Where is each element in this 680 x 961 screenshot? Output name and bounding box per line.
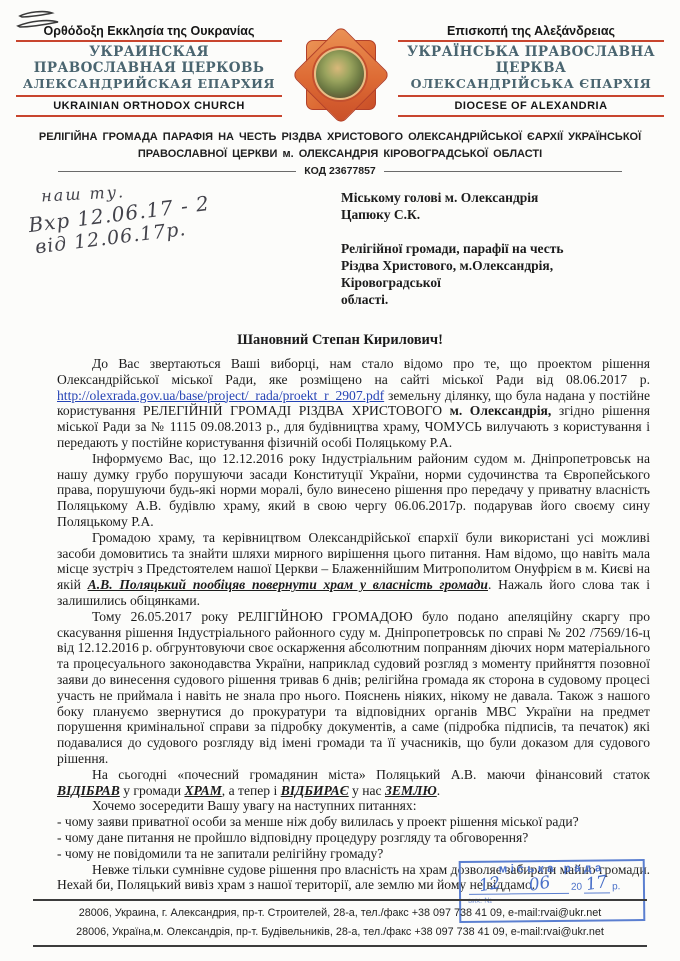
org-code: КОД 23677857 (304, 165, 376, 177)
text-run: Хочемо зосередити Вашу увагу на наступни… (92, 798, 416, 813)
red-divider (16, 40, 282, 42)
text-run: ВІДБИРАЄ (281, 783, 349, 798)
footer-rule-bottom (33, 945, 647, 947)
letter-body-area: наш ту. Вхр 12.06.17 - 2 від 12.06.17р. … (0, 177, 680, 893)
text-run: . (437, 783, 440, 798)
question-list-item: - чому дане питання не пройшло відповідн… (57, 830, 650, 846)
stamp-month-blank: 06 (511, 876, 569, 895)
addressee-name: Цапюку С.К. (341, 206, 651, 223)
text-run: ХРАМ (184, 783, 221, 798)
text-run: м. Олександрія, (450, 403, 552, 418)
text-run: , а тепер і (222, 783, 281, 798)
orthodox-star-icon (292, 26, 388, 122)
body-paragraph: Тому 26.05.2017 року РЕЛІГІЙНОЮ ГРОМАДОЮ… (57, 609, 650, 767)
footer-rule-top (33, 899, 647, 901)
stamp-month-handwritten: 06 (525, 874, 555, 895)
stamp-year-blank: 17 (584, 875, 610, 893)
english-title-right: DIOCESE OF ALEXANDRIA (398, 100, 664, 112)
org-code-row: КОД 23677857 (58, 165, 622, 177)
letterhead-right-column: Επισκοπή της Αλεξάνδρειας УКРАЇНСЬКА ПРА… (398, 24, 664, 119)
greek-title-right: Επισκοπή της Αλεξάνδρειας (398, 24, 664, 38)
parish-name: РЕЛІГІЙНА ГРОМАДА ПАРАФІЯ НА ЧЕСТЬ РІЗДВ… (0, 129, 680, 162)
body-paragraph: Інформуємо Вас, що 12.12.2016 року Індус… (57, 451, 650, 530)
stamp-date-row: 12 06 20 17 р. (461, 875, 643, 895)
project-pdf-link[interactable]: http://olexrada.gov.ua/base/project/_rad… (57, 388, 384, 403)
pen-scribble-mark (14, 6, 74, 40)
salutation: Шановний Степан Кирилович! (0, 332, 680, 349)
text-run: - чому дане питання не пройшло відповідн… (57, 830, 528, 845)
english-title-left: UKRAINIAN ORTHODOX CHURCH (16, 100, 282, 112)
stamp-century-print: 20 (571, 882, 582, 893)
red-divider (398, 40, 664, 42)
body-paragraph: Хочемо зосередити Вашу увагу на наступни… (57, 798, 650, 814)
handwritten-registration-note: наш ту. Вхр 12.06.17 - 2 від 12.06.17р. (25, 172, 214, 259)
letter-text: До Вас звертаються Ваші виборці, нам ста… (57, 356, 650, 893)
addressee-title: Міському голові м. Олександрія (341, 189, 651, 206)
text-run: - чому заяви приватної особи за менше ні… (57, 814, 579, 829)
letter-page: Ορθόδοξη Εκκλησία της Ουκρανίας УКРАИНСК… (0, 0, 680, 961)
text-run: А.В. Поляцький пообіцяв повернути храм у… (88, 577, 488, 592)
text-run: Інформуємо Вас, що 12.12.2016 року Індус… (57, 451, 650, 529)
body-paragraph: На сьогодні «почесний громадянин міста» … (57, 767, 650, 799)
stamp-day-handwritten: 12 (475, 874, 505, 895)
red-divider (16, 95, 282, 97)
holy-icon-medallion (314, 48, 366, 100)
stamp-day-blank: 12 (469, 876, 511, 894)
footer-address-ua: 28006, Україна,м. Олександрія, пр-т. Буд… (0, 926, 680, 938)
text-run: ВІДІБРАВ (57, 783, 120, 798)
red-divider (398, 95, 664, 97)
stamp-year-suffix: р. (612, 881, 620, 892)
addressee-block: Міському голові м. Олександрія Цапюку С.… (341, 177, 651, 308)
ornate-title-right: УКРАЇНСЬКА ПРАВОСЛАВНА ЦЕРКВА ОЛЕКСАНДРІ… (398, 44, 664, 93)
body-paragraph: Громадою храму, та керівництвом Олександ… (57, 530, 650, 609)
red-divider (398, 115, 664, 117)
sender-line: Різдва Христового, м.Олександрія, Кірово… (341, 257, 651, 291)
stamp-year-handwritten: 17 (582, 873, 612, 894)
sender-line: Релігійної громади, парафії на честь (341, 240, 651, 257)
text-run: у нас (349, 783, 385, 798)
ornate-title-left: УКРАИНСКАЯ ПРАВОСЛАВНАЯ ЦЕРКОВЬ АЛЕКСАНД… (16, 44, 282, 93)
body-paragraph: До Вас звертаються Ваші виборці, нам ста… (57, 356, 650, 451)
text-run: - чому не повідомили та не запитали релі… (57, 846, 383, 861)
question-list-item: - чому заяви приватної особи за менше ні… (57, 814, 650, 830)
text-run: ЗЕМЛЮ (385, 783, 437, 798)
sender-line: області. (341, 291, 651, 308)
spacer (341, 223, 651, 240)
thin-rule (384, 171, 622, 172)
footer: 28006, Украина, г. Александрия, пр-т. Ст… (0, 899, 680, 947)
footer-address-ru: 28006, Украина, г. Александрия, пр-т. Ст… (0, 907, 680, 919)
text-run: На сьогодні «почесний громадянин міста» … (92, 767, 650, 782)
text-run: Тому 26.05.2017 року РЕЛІГІЙНОЮ ГРОМАДОЮ… (57, 609, 650, 766)
text-run: у громади (120, 783, 185, 798)
red-divider (16, 115, 282, 117)
letterhead: Ορθόδοξη Εκκλησία της Ουκρανίας УКРАИНСК… (0, 0, 680, 177)
text-run: До Вас звертаються Ваші виборці, нам ста… (57, 356, 650, 387)
thin-rule (58, 171, 296, 172)
